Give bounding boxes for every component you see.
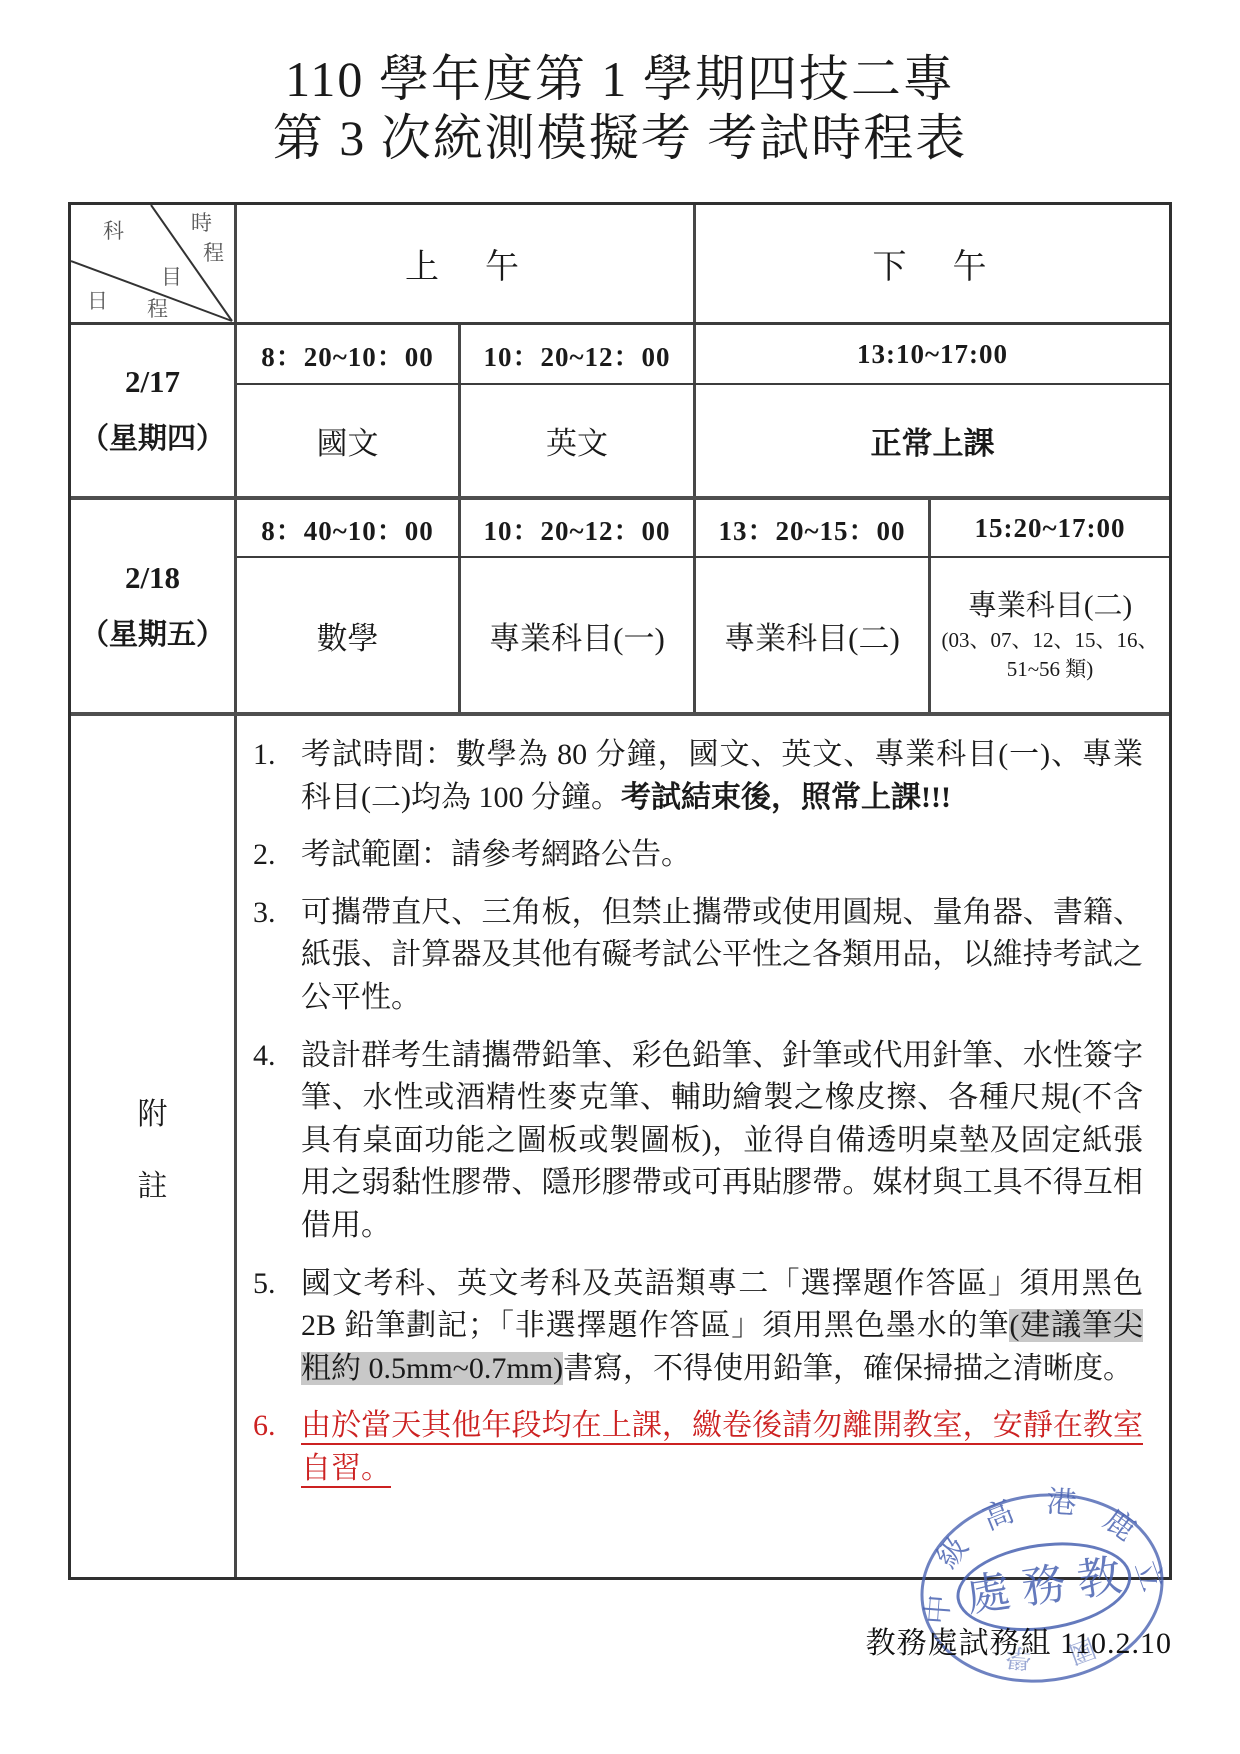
day2-time-2: 10：20~12：00 [461,500,696,556]
note-3-text: 可攜帶直尺、三角板，但禁止攜帶或使用圓規、量角器、書籍、紙張、計算器及其他有礙考… [301,892,1143,1020]
document-title: 110 學年度第 1 學期四技二專 第 3 次統測模擬考 考試時程表 [0,50,1240,168]
note-1-text: 考試時間：數學為 80 分鐘，國文、英文、專業科目(一)、專業科目(二)均為 1… [301,734,1143,819]
note-6-text: 由於當天其他年段均在上課，繳卷後請勿離開教室，安靜在教室自習。 [301,1405,1143,1490]
stamp-inner-char-3: 教 [1074,1554,1124,1604]
notes-body: 1. 考試時間：數學為 80 分鐘，國文、英文、專業科目(一)、專業科目(二)均… [237,716,1169,1577]
day1-subject-row: 國文 英文 正常上課 [237,385,1169,496]
note-item-4: 4. 設計群考生請攜帶鉛筆、彩色鉛筆、針筆或代用針筆、水性簽字筆、水性或酒精性麥… [253,1035,1143,1248]
note-4-number: 4. [253,1035,301,1248]
note-5-number: 5. [253,1263,301,1391]
note-item-3: 3. 可攜帶直尺、三角板，但禁止攜帶或使用圓規、量角器、書籍、紙張、計算器及其他… [253,892,1143,1020]
date-cell-day1: 2/17 （星期四） [71,325,237,496]
notes-label-cell: 附 註 [71,716,237,1577]
day2-time-1: 8：40~10：00 [237,500,461,556]
note-2-text: 考試範圍：請參考網路公告。 [301,834,1143,877]
corner-header-cell: 科 時 程 目 日 程 [71,205,237,322]
day1-weekday: （星期四） [80,416,225,457]
document-page: 110 學年度第 1 學期四技二專 第 3 次統測模擬考 考試時程表 科 時 程… [0,0,1240,1754]
corner-label-subject-1: 科 [103,221,124,242]
note-item-2: 2. 考試範圍：請參考網路公告。 [253,834,1143,877]
note-item-1: 1. 考試時間：數學為 80 分鐘，國文、英文、專業科目(一)、專業科目(二)均… [253,734,1143,819]
day1-date: 2/17 [125,364,180,400]
stamp-ring-char-gang: 港 [1045,1487,1077,1519]
day2-date: 2/18 [125,560,180,596]
note-1-number: 1. [253,734,301,819]
day2-subject-4-groups-2: 51~56 類) [1007,655,1094,683]
day2-subject-2: 專業科目(一) [461,558,696,712]
corner-label-time-2: 程 [203,243,224,264]
notes-label-char-2: 註 [138,1161,168,1205]
header-afternoon: 下 午 [696,205,1169,322]
day1-subject-afternoon: 正常上課 [696,385,1169,496]
row-day2: 2/18 （星期五） 8：40~10：00 10：20~12：00 13：20~… [71,500,1169,716]
notes-row: 附 註 1. 考試時間：數學為 80 分鐘，國文、英文、專業科目(一)、專業科目… [71,716,1169,1577]
stamp-inner-char-1: 處 [964,1570,1014,1620]
title-line-2: 第 3 次統測模擬考 考試時程表 [0,109,1240,168]
day1-subject-1: 國文 [237,385,461,496]
note-item-6: 6. 由於當天其他年段均在上課，繳卷後請勿離開教室，安靜在教室自習。 [253,1405,1143,1490]
note-item-5: 5. 國文考科、英文考科及英語類專二「選擇題作答區」須用黑色 2B 鉛筆劃記；「… [253,1263,1143,1391]
note-5-text: 國文考科、英文考科及英語類專二「選擇題作答區」須用黑色 2B 鉛筆劃記；「非選擇… [301,1263,1143,1391]
day2-subject-3: 專業科目(二) [696,558,931,712]
day1-time-row: 8：20~10：00 10：20~12：00 13:10~17:00 [237,325,1169,385]
note-3-number: 3. [253,892,301,1020]
corner-label-date-1: 日 [87,291,108,312]
day1-time-2: 10：20~12：00 [461,325,696,383]
day2-subject-4: 專業科目(二) (03、07、12、15、16、 51~56 類) [931,558,1169,712]
day2-time-3: 13：20~15：00 [696,500,931,556]
date-cell-day2: 2/18 （星期五） [71,500,237,712]
note-2-number: 2. [253,834,301,877]
title-line-1: 110 學年度第 1 學期四技二專 [0,50,1240,109]
note-1-seg-bold: 考試結束後，照常上課!!! [621,781,951,814]
day2-subject-4-groups-1: (03、07、12、15、16、 [942,626,1159,654]
corner-label-time-1: 時 [191,213,212,234]
table-header-row: 科 時 程 目 日 程 上 午 下 午 [71,205,1169,325]
day1-time-afternoon: 13:10~17:00 [696,325,1169,383]
note-6-number: 6. [253,1405,301,1490]
day2-right-section: 8：40~10：00 10：20~12：00 13：20~15：00 15:20… [237,500,1169,712]
day1-time-1: 8：20~10：00 [237,325,461,383]
day1-right-section: 8：20~10：00 10：20~12：00 13:10~17:00 國文 英文… [237,325,1169,496]
day1-subject-2: 英文 [461,385,696,496]
header-morning: 上 午 [237,205,696,322]
footer-issuer-date: 教務處試務組 110.2.10 [866,1618,1172,1662]
day2-subject-4-name: 專業科目(二) [968,587,1132,626]
office-stamp: 高 港 級 鹿 中 立 學 國 處 務 教 [908,1478,1176,1698]
day2-subject-row: 數學 專業科目(一) 專業科目(二) 專業科目(二) (03、07、12、15、… [237,558,1169,712]
note-4-text: 設計群考生請攜帶鉛筆、彩色鉛筆、針筆或代用針筆、水性簽字筆、水性或酒精性麥克筆、… [301,1035,1143,1248]
note-5-seg-normal-2: 書寫，不得使用鉛筆，確保掃描之清晰度。 [563,1352,1133,1385]
exam-schedule-table: 科 時 程 目 日 程 上 午 下 午 2/17 （星期四） 8：20~10：0… [68,202,1172,1580]
corner-label-date-2: 程 [147,299,168,320]
notes-label-char-1: 附 [138,1089,168,1133]
stamp-inner-char-2: 務 [1019,1562,1069,1612]
day2-time-row: 8：40~10：00 10：20~12：00 13：20~15：00 15:20… [237,500,1169,558]
day2-time-4: 15:20~17:00 [931,500,1169,556]
day2-subject-1: 數學 [237,558,461,712]
day2-weekday: （星期五） [80,612,225,653]
corner-label-subject-2: 目 [161,267,182,288]
row-day1: 2/17 （星期四） 8：20~10：00 10：20~12：00 13:10~… [71,325,1169,500]
